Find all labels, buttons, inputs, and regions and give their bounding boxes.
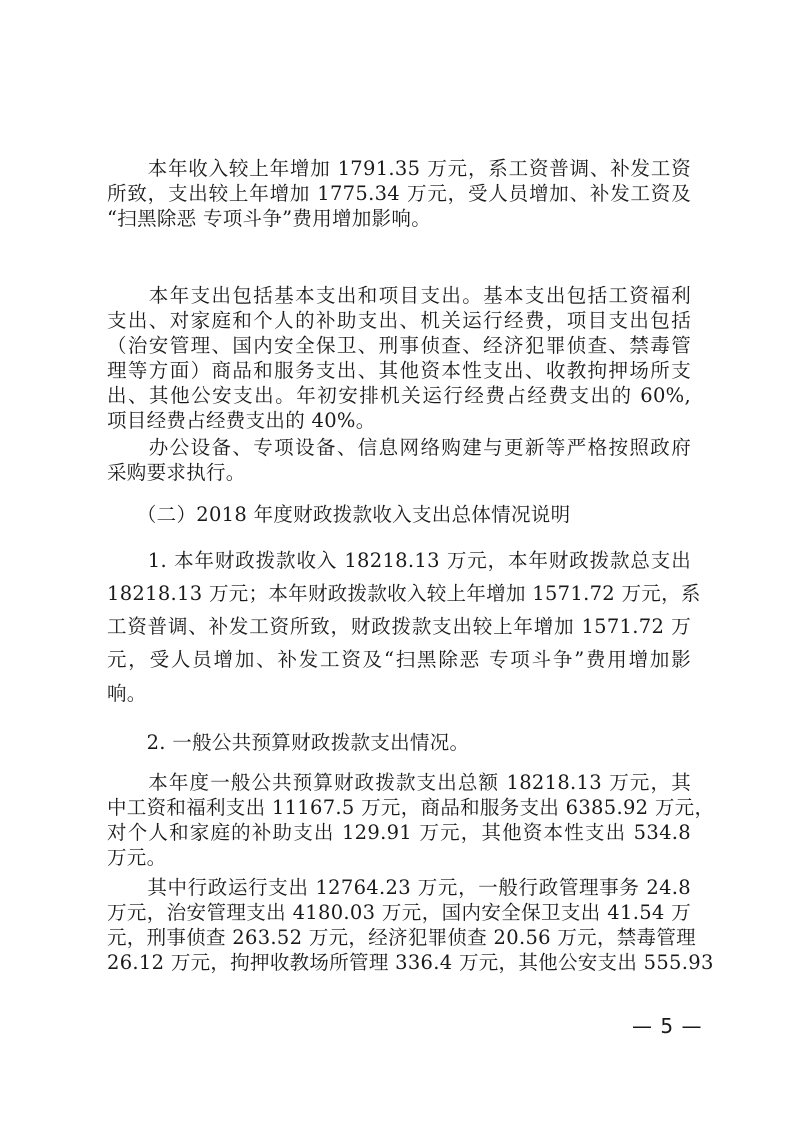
paragraph-line: 26.12 万元，拘押收教场所管理 336.4 万元，其他公安支出 555.93 (107, 951, 691, 975)
paragraph-line: 响。 (107, 682, 691, 706)
paragraph-line: 项目经费占经费支出的 40%。 (107, 409, 691, 433)
paragraph-line: 中工资和福利支出 11167.5 万元，商品和服务支出 6385.92 万元， (107, 796, 691, 820)
paragraph-line: “扫黑除恶 专项斗争”费用增加影响。 (107, 207, 691, 231)
paragraph-line: 支出、对家庭和个人的补助支出、机关运行经费，项目支出包括 (107, 309, 691, 333)
paragraph-line: 元，刑事侦查 263.52 万元，经济犯罪侦查 20.56 万元，禁毒管理 (107, 926, 691, 950)
paragraph-line: 本年收入较上年增加 1791.35 万元，系工资普调、补发工资 (107, 157, 691, 181)
paragraph-line: 元，受人员增加、补发工资及“扫黑除恶 专项斗争”费用增加影 (107, 648, 691, 672)
section-heading: （二）2018 年度财政拨款收入支出总体情况说明 (107, 503, 691, 527)
item-heading: 2. 一般公共预算财政拨款支出情况。 (107, 731, 691, 755)
paragraph-line: 18218.13 万元；本年财政拨款收入较上年增加 1571.72 万元，系 (107, 582, 691, 606)
paragraph-line: 万元，治安管理支出 4180.03 万元，国内安全保卫支出 41.54 万 (107, 901, 691, 925)
paragraph-line: 其中行政运行支出 12764.23 万元，一般行政管理事务 24.8 (107, 876, 691, 900)
paragraph-line: 采购要求执行。 (107, 461, 691, 485)
paragraph-line: 对个人和家庭的补助支出 129.91 万元，其他资本性支出 534.8 (107, 821, 691, 845)
paragraph-line: 工资普调、补发工资所致，财政拨款支出较上年增加 1571.72 万 (107, 615, 691, 639)
paragraph-line: 办公设备、专项设备、信息网络购建与更新等严格按照政府 (107, 436, 691, 460)
paragraph-line: 本年度一般公共预算财政拨款支出总额 18218.13 万元，其 (107, 771, 691, 795)
paragraph-line: 理等方面）商品和服务支出、其他资本性支出、收教拘押场所支 (107, 359, 691, 383)
paragraph-line: 所致，支出较上年增加 1775.34 万元，受人员增加、补发工资及 (107, 182, 691, 206)
paragraph-line: 万元。 (107, 846, 691, 870)
paragraph-line: 本年支出包括基本支出和项目支出。基本支出包括工资福利 (107, 284, 691, 308)
page-number: — 5 — (632, 1014, 702, 1038)
paragraph-line: （治安管理、国内安全保卫、刑事侦查、经济犯罪侦查、禁毒管 (107, 334, 691, 358)
paragraph-line: 出、其他公安支出。年初安排机关运行经费占经费支出的 60%, (107, 384, 691, 408)
paragraph-line: 1. 本年财政拨款收入 18218.13 万元，本年财政拨款总支出 (107, 549, 691, 573)
